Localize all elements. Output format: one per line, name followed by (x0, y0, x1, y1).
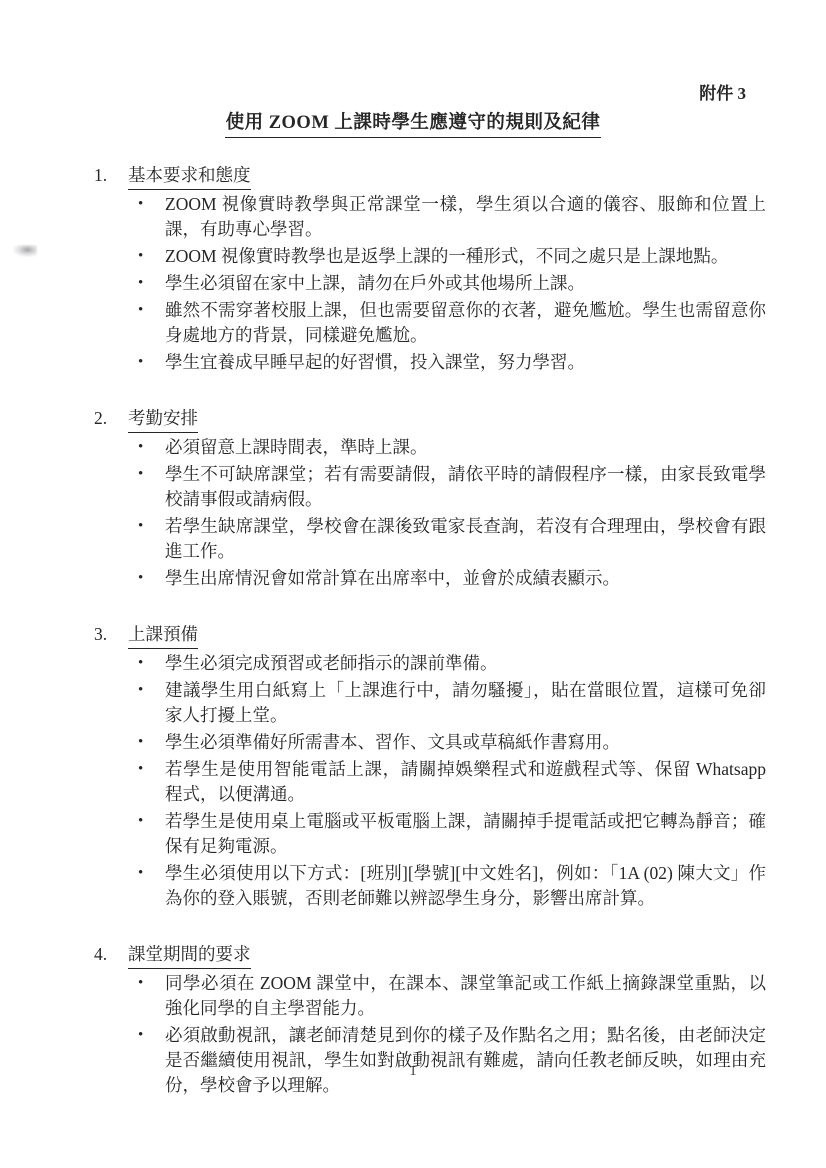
list-item: • 學生必須完成預習或老師指示的課前準備。 (94, 651, 766, 676)
bullet-icon: • (138, 809, 165, 859)
section-number: 2. (94, 406, 128, 431)
bullet-text: 學生必須留在家中上課，請勿在戶外或其他場所上課。 (165, 271, 766, 296)
document-page: 附件 3 使用 ZOOM 上課時學生應遵守的規則及紀律 1. 基本要求和態度 •… (0, 0, 826, 1168)
list-item: • 學生不可缺席課堂；若有需要請假，請依平時的請假程序一樣，由家長致電學校請事假… (94, 462, 766, 512)
bullet-text: 學生宜養成早睡早起的好習慣，投入課堂，努力學習。 (165, 350, 766, 375)
section-number: 4. (94, 942, 128, 967)
bullet-icon: • (138, 271, 165, 296)
list-item: • 雖然不需穿著校服上課，但也需要留意你的衣著，避免尷尬。學生也需留意你身處地方… (94, 298, 766, 348)
bullet-icon: • (138, 971, 165, 1021)
document-body: 1. 基本要求和態度 • ZOOM 視像實時教學與正常課堂一樣，學生須以合適的儀… (94, 163, 766, 1098)
section-heading: 1. 基本要求和態度 (94, 163, 766, 190)
bullet-icon: • (138, 244, 165, 269)
list-item: • 必須留意上課時間表，準時上課。 (94, 435, 766, 460)
section-heading: 4. 課堂期間的要求 (94, 942, 766, 969)
bullet-text: 學生必須準備好所需書本、習作、文具或草稿紙作書寫用。 (165, 730, 766, 755)
page-title: 使用 ZOOM 上課時學生應遵守的規則及紀律 (225, 111, 602, 138)
bullet-text: ZOOM 視像實時教學也是返學上課的一種形式，不同之處只是上課地點。 (165, 244, 766, 269)
bullet-list: • ZOOM 視像實時教學與正常課堂一樣，學生須以合適的儀容、服飾和位置上課，有… (94, 192, 766, 375)
section-title: 考勤安排 (128, 406, 198, 433)
list-item: • 學生宜養成早睡早起的好習慣，投入課堂，努力學習。 (94, 350, 766, 375)
bullet-icon: • (138, 435, 165, 460)
list-item: • 若學生缺席課堂，學校會在課後致電家長查詢，若沒有合理理由，學校會有跟進工作。 (94, 514, 766, 564)
bullet-icon: • (138, 651, 165, 676)
bullet-icon: • (138, 566, 165, 591)
section-title: 課堂期間的要求 (128, 942, 251, 969)
bullet-icon: • (138, 861, 165, 911)
bullet-text: 若學生是使用桌上電腦或平板電腦上課，請關掉手提電話或把它轉為靜音；確保有足夠電源… (165, 809, 766, 859)
bullet-text: 若學生是使用智能電話上課，請關掉娛樂程式和遊戲程式等、保留 Whatsapp 程… (165, 757, 766, 807)
list-item: • 若學生是使用桌上電腦或平板電腦上課，請關掉手提電話或把它轉為靜音；確保有足夠… (94, 809, 766, 859)
page-number: 1 (0, 1063, 826, 1080)
bullet-text: 建議學生用白紙寫上「上課進行中，請勿騷擾」，貼在當眼位置，這樣可免卻家人打擾上堂… (165, 678, 766, 728)
attachment-label: 附件 3 (0, 82, 746, 106)
title-row: 使用 ZOOM 上課時學生應遵守的規則及紀律 (0, 111, 826, 138)
bullet-icon: • (138, 678, 165, 728)
list-item: • 學生必須使用以下方式：[班別][學號][中文姓名]，例如：「1A (02) … (94, 861, 766, 911)
list-item: • ZOOM 視像實時教學與正常課堂一樣，學生須以合適的儀容、服飾和位置上課，有… (94, 192, 766, 242)
bullet-icon: • (138, 192, 165, 242)
bullet-text: ZOOM 視像實時教學與正常課堂一樣，學生須以合適的儀容、服飾和位置上課，有助專… (165, 192, 766, 242)
list-item: • 必須啟動視訊，讓老師清楚見到你的樣子及作點名之用；點名後，由老師決定是否繼續… (94, 1023, 766, 1098)
bullet-icon: • (138, 514, 165, 564)
bullet-text: 學生必須完成預習或老師指示的課前準備。 (165, 651, 766, 676)
bullet-icon: • (138, 298, 165, 348)
bullet-text: 必須啟動視訊，讓老師清楚見到你的樣子及作點名之用；點名後，由老師決定是否繼續使用… (165, 1023, 766, 1098)
section-heading: 2. 考勤安排 (94, 406, 766, 433)
section-number: 1. (94, 163, 128, 188)
bullet-list: • 學生必須完成預習或老師指示的課前準備。 • 建議學生用白紙寫上「上課進行中，… (94, 651, 766, 911)
section-title: 上課預備 (128, 622, 198, 649)
bullet-icon: • (138, 462, 165, 512)
section-attendance: 2. 考勤安排 • 必須留意上課時間表，準時上課。 • 學生不可缺席課堂；若有需… (94, 406, 766, 591)
scan-artifact-mark (13, 245, 37, 257)
bullet-list: • 必須留意上課時間表，準時上課。 • 學生不可缺席課堂；若有需要請假，請依平時… (94, 435, 766, 591)
list-item: • 學生必須準備好所需書本、習作、文具或草稿紙作書寫用。 (94, 730, 766, 755)
bullet-text: 必須留意上課時間表，準時上課。 (165, 435, 766, 460)
bullet-icon: • (138, 1023, 165, 1098)
bullet-text: 同學必須在 ZOOM 課堂中，在課本、課堂筆記或工作紙上摘錄課堂重點，以強化同學… (165, 971, 766, 1021)
section-number: 3. (94, 622, 128, 647)
list-item: • 學生必須留在家中上課，請勿在戶外或其他場所上課。 (94, 271, 766, 296)
bullet-text: 學生不可缺席課堂；若有需要請假，請依平時的請假程序一樣，由家長致電學校請事假或請… (165, 462, 766, 512)
list-item: • 建議學生用白紙寫上「上課進行中，請勿騷擾」，貼在當眼位置，這樣可免卻家人打擾… (94, 678, 766, 728)
section-basic-requirements: 1. 基本要求和態度 • ZOOM 視像實時教學與正常課堂一樣，學生須以合適的儀… (94, 163, 766, 375)
section-heading: 3. 上課預備 (94, 622, 766, 649)
section-class-preparation: 3. 上課預備 • 學生必須完成預習或老師指示的課前準備。 • 建議學生用白紙寫… (94, 622, 766, 911)
bullet-text: 學生出席情況會如常計算在出席率中，並會於成績表顯示。 (165, 566, 766, 591)
bullet-text: 學生必須使用以下方式：[班別][學號][中文姓名]，例如：「1A (02) 陳大… (165, 861, 766, 911)
list-item: • ZOOM 視像實時教學也是返學上課的一種形式，不同之處只是上課地點。 (94, 244, 766, 269)
list-item: • 學生出席情況會如常計算在出席率中，並會於成績表顯示。 (94, 566, 766, 591)
list-item: • 若學生是使用智能電話上課，請關掉娛樂程式和遊戲程式等、保留 Whatsapp… (94, 757, 766, 807)
bullet-icon: • (138, 350, 165, 375)
section-title: 基本要求和態度 (128, 163, 251, 190)
list-item: • 同學必須在 ZOOM 課堂中，在課本、課堂筆記或工作紙上摘錄課堂重點，以強化… (94, 971, 766, 1021)
bullet-icon: • (138, 757, 165, 807)
bullet-text: 若學生缺席課堂，學校會在課後致電家長查詢，若沒有合理理由，學校會有跟進工作。 (165, 514, 766, 564)
bullet-text: 雖然不需穿著校服上課，但也需要留意你的衣著，避免尷尬。學生也需留意你身處地方的背… (165, 298, 766, 348)
bullet-icon: • (138, 730, 165, 755)
